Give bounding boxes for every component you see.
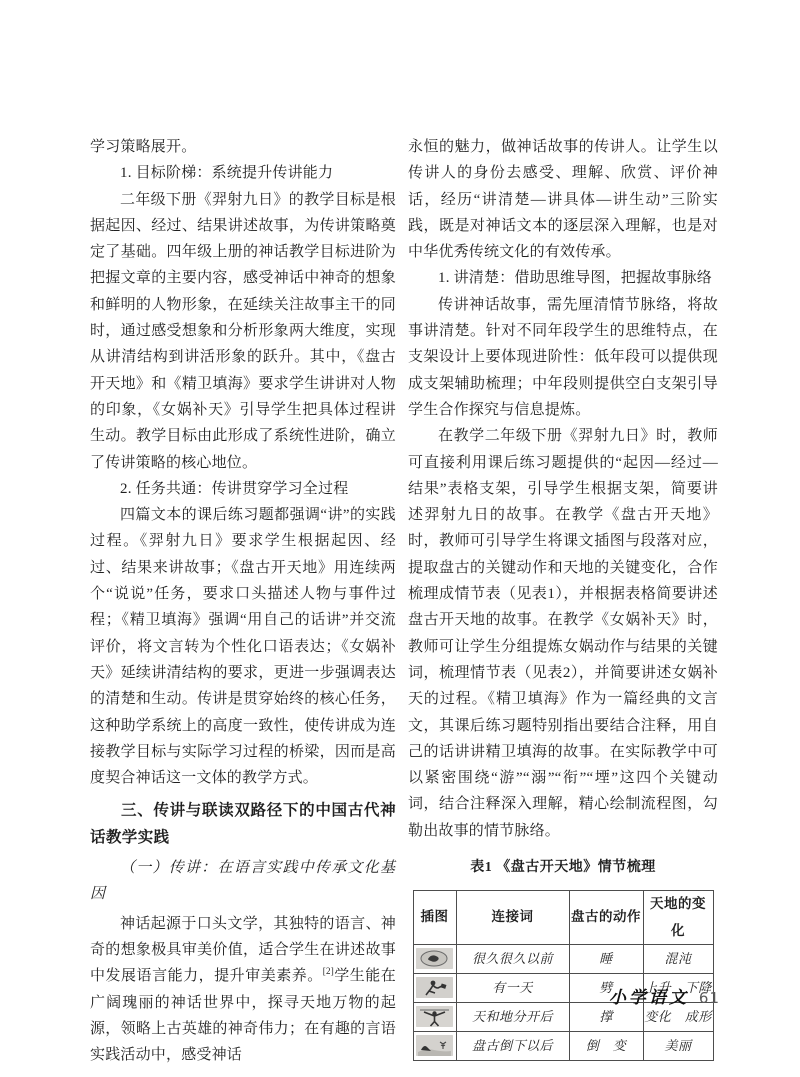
- table1-pangu-plot: 插图 连接词 盘古的动作 天地的变化 很久很久以前: [413, 890, 714, 1061]
- table-row: 盘古倒下以后 倒 变 美丽: [413, 1031, 713, 1060]
- heading-goal-ladder: 1. 目标阶梯：系统提升传讲能力: [90, 160, 396, 186]
- table1-cell-illustration-1: [413, 944, 456, 973]
- table1-title: 表1 《盘古开天地》情节梳理: [408, 855, 718, 881]
- table1-header-connector: 连接词: [456, 891, 569, 945]
- journal-page: 学习策略展开。 1. 目标阶梯：系统提升传讲能力 二年级下册《羿射九日》的教学目…: [0, 0, 800, 1077]
- table1-cell-illustration-3: [413, 1002, 456, 1031]
- paragraph-goal-ladder: 二年级下册《羿射九日》的教学目标是根据起因、经过、结果讲述故事，为传讲策略奠定了…: [90, 187, 396, 476]
- paragraph-tell-clearly: 传讲神话故事，需先厘清情节脉络，将故事讲清楚。针对不同年段学生的思维特点，在支架…: [408, 292, 718, 423]
- subsection-heading-chuanjiang: （一）传讲：在语言实践中传承文化基因: [90, 855, 396, 908]
- page-footer: 小学语文 61: [609, 983, 720, 1008]
- left-text-column: 学习策略展开。 1. 目标阶梯：系统提升传讲能力 二年级下册《羿射九日》的教学目…: [90, 134, 396, 1068]
- table1-cell-illustration-2: [413, 973, 456, 1002]
- pangu-sleeping-in-chaos-icon: [416, 948, 453, 969]
- journal-name: 小学语文: [609, 983, 689, 1008]
- table1-cell-change-4: 美丽: [643, 1031, 713, 1060]
- table1-cell-connector-3: 天和地分开后: [456, 1002, 569, 1031]
- heading-task-common: 2. 任务共通：传讲贯穿学习全过程: [90, 476, 396, 502]
- table1-header-action: 盘古的动作: [569, 891, 643, 945]
- pangu-fallen-body-icon: [416, 1035, 453, 1056]
- table1-cell-connector-1: 很久很久以前: [456, 944, 569, 973]
- paragraph-teaching-practice: 在教学二年级下册《羿射九日》时，教师可直接利用课后练习题提供的“起因—经过—结果…: [408, 423, 718, 844]
- citation-ref-2: [2]: [323, 966, 334, 976]
- table1-cell-action-4: 倒 变: [569, 1031, 643, 1060]
- paragraph-continued: 学习策略展开。: [90, 134, 396, 160]
- pangu-holding-up-sky-icon: [416, 1006, 453, 1027]
- table1-cell-action-1: 睡: [569, 944, 643, 973]
- pangu-swinging-axe-icon: [416, 977, 453, 998]
- table1-cell-connector-4: 盘古倒下以后: [456, 1031, 569, 1060]
- table1-cell-change-1: 混沌: [643, 944, 713, 973]
- paragraph-eternal-charm: 永恒的魅力，做神话故事的传讲人。让学生以传讲人的身份去感受、理解、欣赏、评价神话…: [408, 134, 718, 265]
- table1-header-change: 天地的变化: [643, 891, 713, 945]
- heading-tell-clearly: 1. 讲清楚：借助思维导图，把握故事脉络: [408, 265, 718, 291]
- section-heading-three: 三、传讲与联读双路径下的中国古代神话教学实践: [90, 798, 396, 851]
- right-text-column: 永恒的魅力，做神话故事的传讲人。让学生以传讲人的身份去感受、理解、欣赏、评价神话…: [408, 134, 718, 1061]
- paragraph-task-common: 四篇文本的课后练习题都强调“讲”的实践过程。《羿射九日》要求学生根据起因、经过、…: [90, 502, 396, 791]
- page-number: 61: [699, 989, 720, 1007]
- paragraph-myth-origin: 神话起源于口头文学，其独特的语言、神奇的想象极具审美价值，适合学生在讲述故事中发…: [90, 911, 396, 1069]
- table1-cell-connector-2: 有一天: [456, 973, 569, 1002]
- table1-header-row: 插图 连接词 盘古的动作 天地的变化: [413, 891, 713, 945]
- table-row: 很久很久以前 睡 混沌: [413, 944, 713, 973]
- table1-header-illustration: 插图: [413, 891, 456, 945]
- table1-cell-illustration-4: [413, 1031, 456, 1060]
